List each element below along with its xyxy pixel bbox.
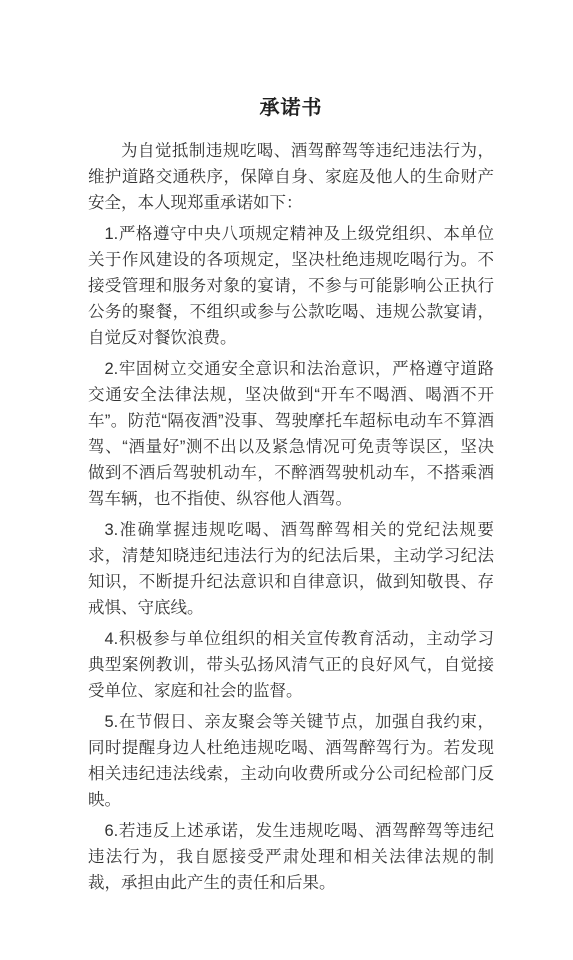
commitment-item-4: 4.积极参与单位组织的相关宣传教育活动，主动学习典型案例教训，带头弘扬风清气正的… — [88, 626, 494, 704]
commitment-item-2: 2.牢固树立交通安全意识和法治意识，严格遵守道路交通安全法律法规，坚决做到“开车… — [88, 356, 494, 512]
commitment-item-5: 5.在节假日、亲友聚会等关键节点，加强自我约束，同时提醒身边人杜绝违规吃喝、酒驾… — [88, 709, 494, 813]
document-page: 承诺书 为自觉抵制违规吃喝、酒驾醉驾等违纪违法行为，维护道路交通秩序，保障自身、… — [0, 0, 573, 960]
commitment-item-3: 3.准确掌握违规吃喝、酒驾醉驾相关的党纪法规要求，清楚知晓违纪违法行为的纪法后果… — [88, 517, 494, 621]
commitment-item-1: 1.严格遵守中央八项规定精神及上级党组织、本单位关于作风建设的各项规定，坚决杜绝… — [88, 221, 494, 351]
commitment-item-6: 6.若违反上述承诺，发生违规吃喝、酒驾醉驾等违纪违法行为，我自愿接受严肃处理和相… — [88, 818, 494, 896]
intro-paragraph: 为自觉抵制违规吃喝、酒驾醉驾等违纪违法行为，维护道路交通秩序，保障自身、家庭及他… — [88, 138, 494, 216]
document-title: 承诺书 — [88, 95, 494, 121]
